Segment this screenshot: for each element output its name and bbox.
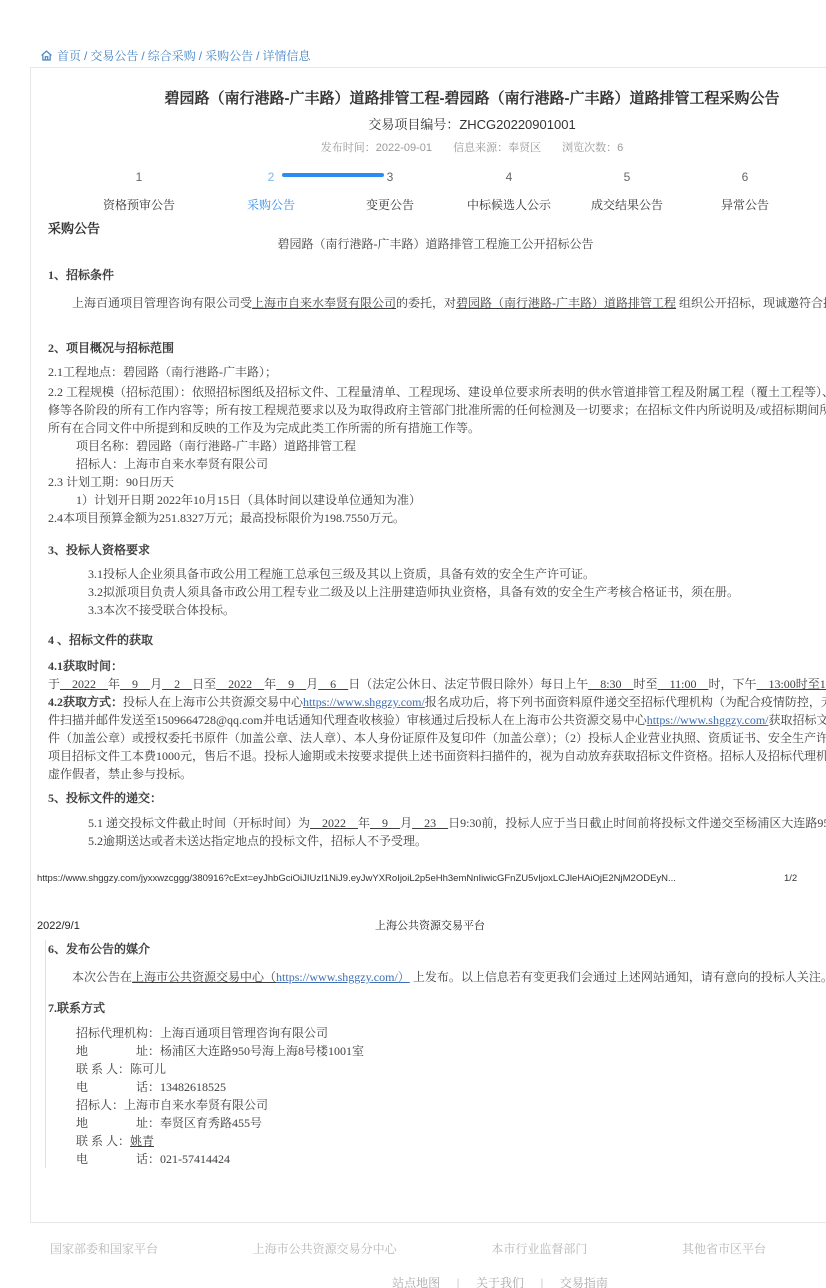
document-body: 碧园路（南行港路-广丰路）道路排管工程施工公开招标公告 1、招标条件 上海百通项… [48,235,823,1168]
document-title: 碧园路（南行港路-广丰路）道路排管工程施工公开招标公告 [48,235,823,253]
tenderee-line: 招标人：上海市自来水奉贤有限公司 [48,455,823,473]
print-footer-page-number: 1/2 [784,872,797,885]
footer-sitemap[interactable]: 站点地图 [392,1276,440,1288]
breadcrumb-separator: / [141,49,144,63]
publish-date: 发布时间：2022-09-01 [321,142,432,154]
breadcrumb-item-detail: 详情信息 [262,47,310,64]
section-1-paragraph: 上海百通项目管理咨询有限公司受上海市自来水奉贤有限公司的委托，对碧园路（南行港路… [48,294,823,312]
clause-2-2-line3: 所有在合同文件中所提到和反映的工作及为完成此类工作所需的所有措施工作等。 [48,419,823,437]
section-4-heading: 4 、招标文件的获取 [48,631,823,649]
clause-5-2: 5.2逾期送达或者未送达指定地点的投标文件，招标人不予受理。 [48,832,823,850]
section-1-heading: 1、招标条件 [48,266,823,284]
clause-2-2-line2: 修等各阶段的所有工作内容等；所有按工程规范要求以及为取得政府主管部门批准所需的任… [48,401,823,419]
section-6-heading: 6、发布公告的媒介 [48,940,823,958]
section-2-heading: 2、项目概况与招标范围 [48,339,823,357]
print-page2-body: 6、发布公告的媒介 本次公告在上海市公共资源交易中心（https://www.s… [45,940,823,1168]
clause-2-4: 2.4本项目预算金额为251.8327万元；最高投标限价为198.7550万元。 [48,509,823,527]
breadcrumb-item-home[interactable]: 首页 [57,47,81,64]
step-number: 1 [69,170,209,184]
breadcrumb-separator: / [256,49,259,63]
footer-link-national-platforms[interactable]: 国家部委和国家平台 [50,1240,158,1257]
clause-3-2: 3.2拟派项目负责人须具备市政公用工程专业二级及以上注册建造师执业资格，具备有效… [48,583,823,601]
contact-agency-address: 地 址：杨浦区大连路950号海上海8号楼1001室 [48,1042,823,1060]
page-title: 碧园路（南行港路-广丰路）道路排管工程-碧园路（南行港路-广丰路）道路排管工程采… [31,87,826,108]
clause-2-2-line1: 2.2 工程规模（招标范围）：依照招标图纸及招标文件、工程量清单、工程现场、建设… [48,383,823,401]
announcement-panel: 碧园路（南行港路-广丰路）道路排管工程-碧园路（南行港路-广丰路）道路排管工程采… [30,67,826,1223]
breadcrumb-item-trade-notices[interactable]: 交易公告 [90,47,138,64]
project-code: 交易项目编号：ZHCG20220901001 [31,114,826,133]
footer-about-us[interactable]: 关于我们 [476,1276,524,1288]
clause-3-1: 3.1投标人企业须具备市政公用工程施工总承包三级及其以上资质，具备有效的安全生产… [48,565,823,583]
clause-2-3-1: 1）计划开日期 2022年10月15日（具体时间以建设单位通知为准） [48,491,823,509]
step-number: 6 [675,170,815,184]
clause-4-2-line5: 虚作假者，禁止参与投标。 [48,765,823,783]
footer-bottom-row: 站点地图 | 关于我们 | 交易指南 [30,1274,826,1288]
clause-4-2-line1: 4.2获取方式：投标人在上海市公共资源交易中心https://www.shggz… [48,693,823,711]
breadcrumb-item-comprehensive-procurement[interactable]: 综合采购 [148,47,196,64]
section-6-paragraph: 本次公告在上海市公共资源交易中心（https://www.shggzy.com/… [48,968,823,986]
contact-tenderee-phone: 电 话：021-57414424 [48,1150,823,1168]
footer-divider: | [540,1276,543,1288]
contact-tenderee-address: 地 址：奉贤区育秀路455号 [48,1114,823,1132]
view-count: 浏览次数：6 [562,142,623,154]
clause-4-2-line4: 项目招标文件工本费1000元，售后不退。投标人逾期或未按要求提供上述书面资料扫描… [48,747,823,765]
section-3-heading: 3、投标人资格要求 [48,541,823,559]
contact-agency: 招标代理机构：上海百通项目管理咨询有限公司 [48,1024,823,1042]
home-icon[interactable] [40,49,53,62]
clause-2-1: 2.1工程地点：碧园路（南行港路-广丰路）； [48,363,823,381]
contact-tenderee: 招标人：上海市自来水奉贤有限公司 [48,1096,823,1114]
clause-3-3: 3.3本次不接受联合体投标。 [48,601,823,619]
print-footer-url: https://www.shggzy.com/jyxxwzcggg/380916… [37,873,676,884]
breadcrumb-separator: / [84,49,87,63]
clause-2-3: 2.3 计划工期：90日历天 [48,473,823,491]
print-site-title: 上海公共资源交易平台 [375,920,485,932]
clause-4-1-heading: 4.1获取时间： [48,657,823,675]
info-source: 信息来源：奉贤区 [453,142,541,154]
section-7-heading: 7.联系方式 [48,999,823,1017]
clause-4-2-line3: 件（加盖公章）或授权委托书原件（加盖公章、法人章）、本人身份证原件及复印件（加盖… [48,729,823,747]
breadcrumb: 首页 / 交易公告 / 综合采购 / 采购公告 / 详情信息 [40,47,310,64]
stepper-progress-line [282,173,384,177]
step-prequalification-notice: 1 资格预审公告 [69,170,209,213]
step-abnormal-notice: 6 异常公告 [675,170,815,213]
footer-link-shanghai-subcenters[interactable]: 上海市公共资源交易分中心 [253,1240,397,1257]
contact-tenderee-person: 联 系 人：姚青 [48,1132,823,1150]
breadcrumb-separator: / [199,49,202,63]
footer-divider: | [457,1276,460,1288]
step-label-abnormal[interactable]: 异常公告 [675,196,815,213]
footer-link-other-provinces[interactable]: 其他省市区平台 [682,1240,766,1257]
print-footer: https://www.shggzy.com/jyxxwzcggg/380916… [37,872,823,885]
footer-links: 国家部委和国家平台 上海市公共资源交易分中心 本市行业监督部门 其他省市区平台 [0,1240,826,1257]
breadcrumb-item-procurement-notice[interactable]: 采购公告 [205,47,253,64]
clause-5-1: 5.1 递交投标文件截止时间（开标时间）为 2022 年 9 月 23 日9:3… [48,814,823,832]
section-5-heading: 5、投标文件的递交： [48,789,823,807]
print-date: 2022/9/1 [37,919,80,934]
project-name-line: 项目名称：碧园路（南行港路-广丰路）道路排管工程 [48,437,823,455]
clause-4-2-line2: 件扫描并邮件发送至1509664728@qq.com并电话通知代理查收核验）审核… [48,711,823,729]
clause-4-1-time: 于 2022 年 9 月 2 日至 2022 年 9 月 6 日（法定公休日、法… [48,675,823,693]
contact-agency-phone: 电 话：13482618525 [48,1078,823,1096]
print-page2-header: 2022/9/1 上海公共资源交易平台 [37,919,823,934]
contact-agency-person: 联 系 人：陈可儿 [48,1060,823,1078]
step-label-prequalification[interactable]: 资格预审公告 [69,196,209,213]
footer-trade-guide[interactable]: 交易指南 [560,1276,608,1288]
meta-line: 发布时间：2022-09-01 信息来源：奉贤区 浏览次数：6 [31,139,826,155]
footer-link-industry-regulators[interactable]: 本市行业监督部门 [491,1240,587,1257]
